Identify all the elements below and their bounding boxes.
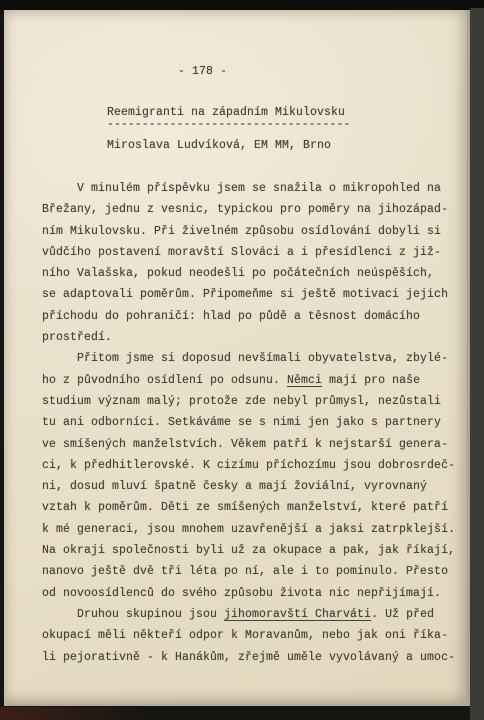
text-run: ho z původního osídlení po odsunu. [42, 374, 287, 387]
text-line: nanovo ještě dvě tři léta po ní, ale i t… [42, 561, 455, 582]
text-run: tu ani odborníci. Setkáváme se s nimi je… [42, 416, 441, 429]
author-line: Miroslava Ludvíková, EM MM, Brno [107, 139, 331, 152]
underlined-term: Němci [287, 374, 322, 387]
text-run: se adaptovali poměrům. Připomeňme si ješ… [42, 288, 448, 301]
text-line: ním Mikulovsku. Při živelném způsobu osí… [42, 221, 455, 242]
text-line: vztah k poměrům. Děti ze smíšených manže… [42, 497, 455, 518]
text-run: k mé generaci, jsou mnohem uzavřenější a… [42, 523, 455, 536]
text-line: Druhou skupinou jsou jihomoravští Charvá… [42, 604, 455, 625]
text-run: Přitom jsme si doposud nevšímali obyvate… [42, 352, 448, 365]
text-run: od novoosídlenců do svého způsobu života… [42, 587, 441, 600]
text-line: Břežany, jednu z vesnic, typickou pro po… [42, 199, 455, 220]
text-line: prostředí. [42, 327, 455, 348]
document-page: - 178 - Reemigranti na západním Mikulovs… [4, 10, 470, 706]
text-run: okupací měli někteří odpor k Moravanům, … [42, 629, 448, 642]
title-underline: ----------------------------------- [107, 118, 350, 131]
text-run: ni, dosud mluví špatně česky a mají žovi… [42, 480, 427, 493]
text-run: prostředí. [42, 331, 112, 344]
text-run: ci, k předhitlerovské. K cizímu příchozí… [42, 459, 455, 472]
text-line: příchodu do pohraničí: hlad po půdě a tě… [42, 306, 455, 327]
backdrop-right-band [470, 8, 484, 720]
text-line: vůdčího postavení moravští Slováci a i p… [42, 242, 455, 263]
document-body: V minulém příspěvku jsem se snažila o mi… [42, 178, 455, 668]
text-line: studium význam malý; protože zde nebyl p… [42, 391, 455, 412]
text-run: Břežany, jednu z vesnic, typickou pro po… [42, 203, 448, 216]
photo-background: - 178 - Reemigranti na západním Mikulovs… [0, 0, 484, 720]
text-line: li pejorativně - k Hanákům, zřejmě uměle… [42, 647, 455, 668]
text-line: Přitom jsme si doposud nevšímali obyvate… [42, 348, 455, 369]
backdrop-top-band [0, 0, 484, 10]
text-run: ního Valašska, pokud neodešli po počáteč… [42, 267, 434, 280]
text-line: ve smíšených manželstvích. Věkem patří k… [42, 434, 455, 455]
text-line: od novoosídlenců do svého způsobu života… [42, 583, 455, 604]
text-run: li pejorativně - k Hanákům, zřejmě uměle… [42, 651, 455, 664]
text-line: tu ani odborníci. Setkáváme se s nimi je… [42, 412, 455, 433]
text-line: okupací měli někteří odpor k Moravanům, … [42, 625, 455, 646]
text-run: Na okraji společnosti byli už za okupace… [42, 544, 455, 557]
underlined-term: jihomoravští Charváti [224, 608, 371, 621]
text-run: vztah k poměrům. Děti ze smíšených manže… [42, 501, 448, 514]
text-line: k mé generaci, jsou mnohem uzavřenější a… [42, 519, 455, 540]
text-run: ním Mikulovsku. Při živelném způsobu osí… [42, 225, 441, 238]
text-run: Druhou skupinou jsou [42, 608, 224, 621]
text-run: vůdčího postavení moravští Slováci a i p… [42, 246, 441, 259]
text-run: V minulém příspěvku jsem se snažila o mi… [42, 182, 441, 195]
text-run: nanovo ještě dvě tři léta po ní, ale i t… [42, 565, 448, 578]
text-line: V minulém příspěvku jsem se snažila o mi… [42, 178, 455, 199]
text-run: . Už před [371, 608, 434, 621]
text-run: příchodu do pohraničí: hlad po půdě a tě… [42, 310, 420, 323]
text-line: ni, dosud mluví špatně česky a mají žovi… [42, 476, 455, 497]
text-line: ního Valašska, pokud neodešli po počáteč… [42, 263, 455, 284]
page-number: - 178 - [178, 65, 227, 78]
text-line: se adaptovali poměrům. Připomeňme si ješ… [42, 284, 455, 305]
text-run: mají pro naše [322, 374, 420, 387]
text-line: Na okraji společnosti byli už za okupace… [42, 540, 455, 561]
text-run: ve smíšených manželstvích. Věkem patří k… [42, 438, 448, 451]
text-line: ho z původního osídlení po odsunu. Němci… [42, 370, 455, 391]
text-run: studium význam malý; protože zde nebyl p… [42, 395, 441, 408]
text-line: ci, k předhitlerovské. K cizímu příchozí… [42, 455, 455, 476]
